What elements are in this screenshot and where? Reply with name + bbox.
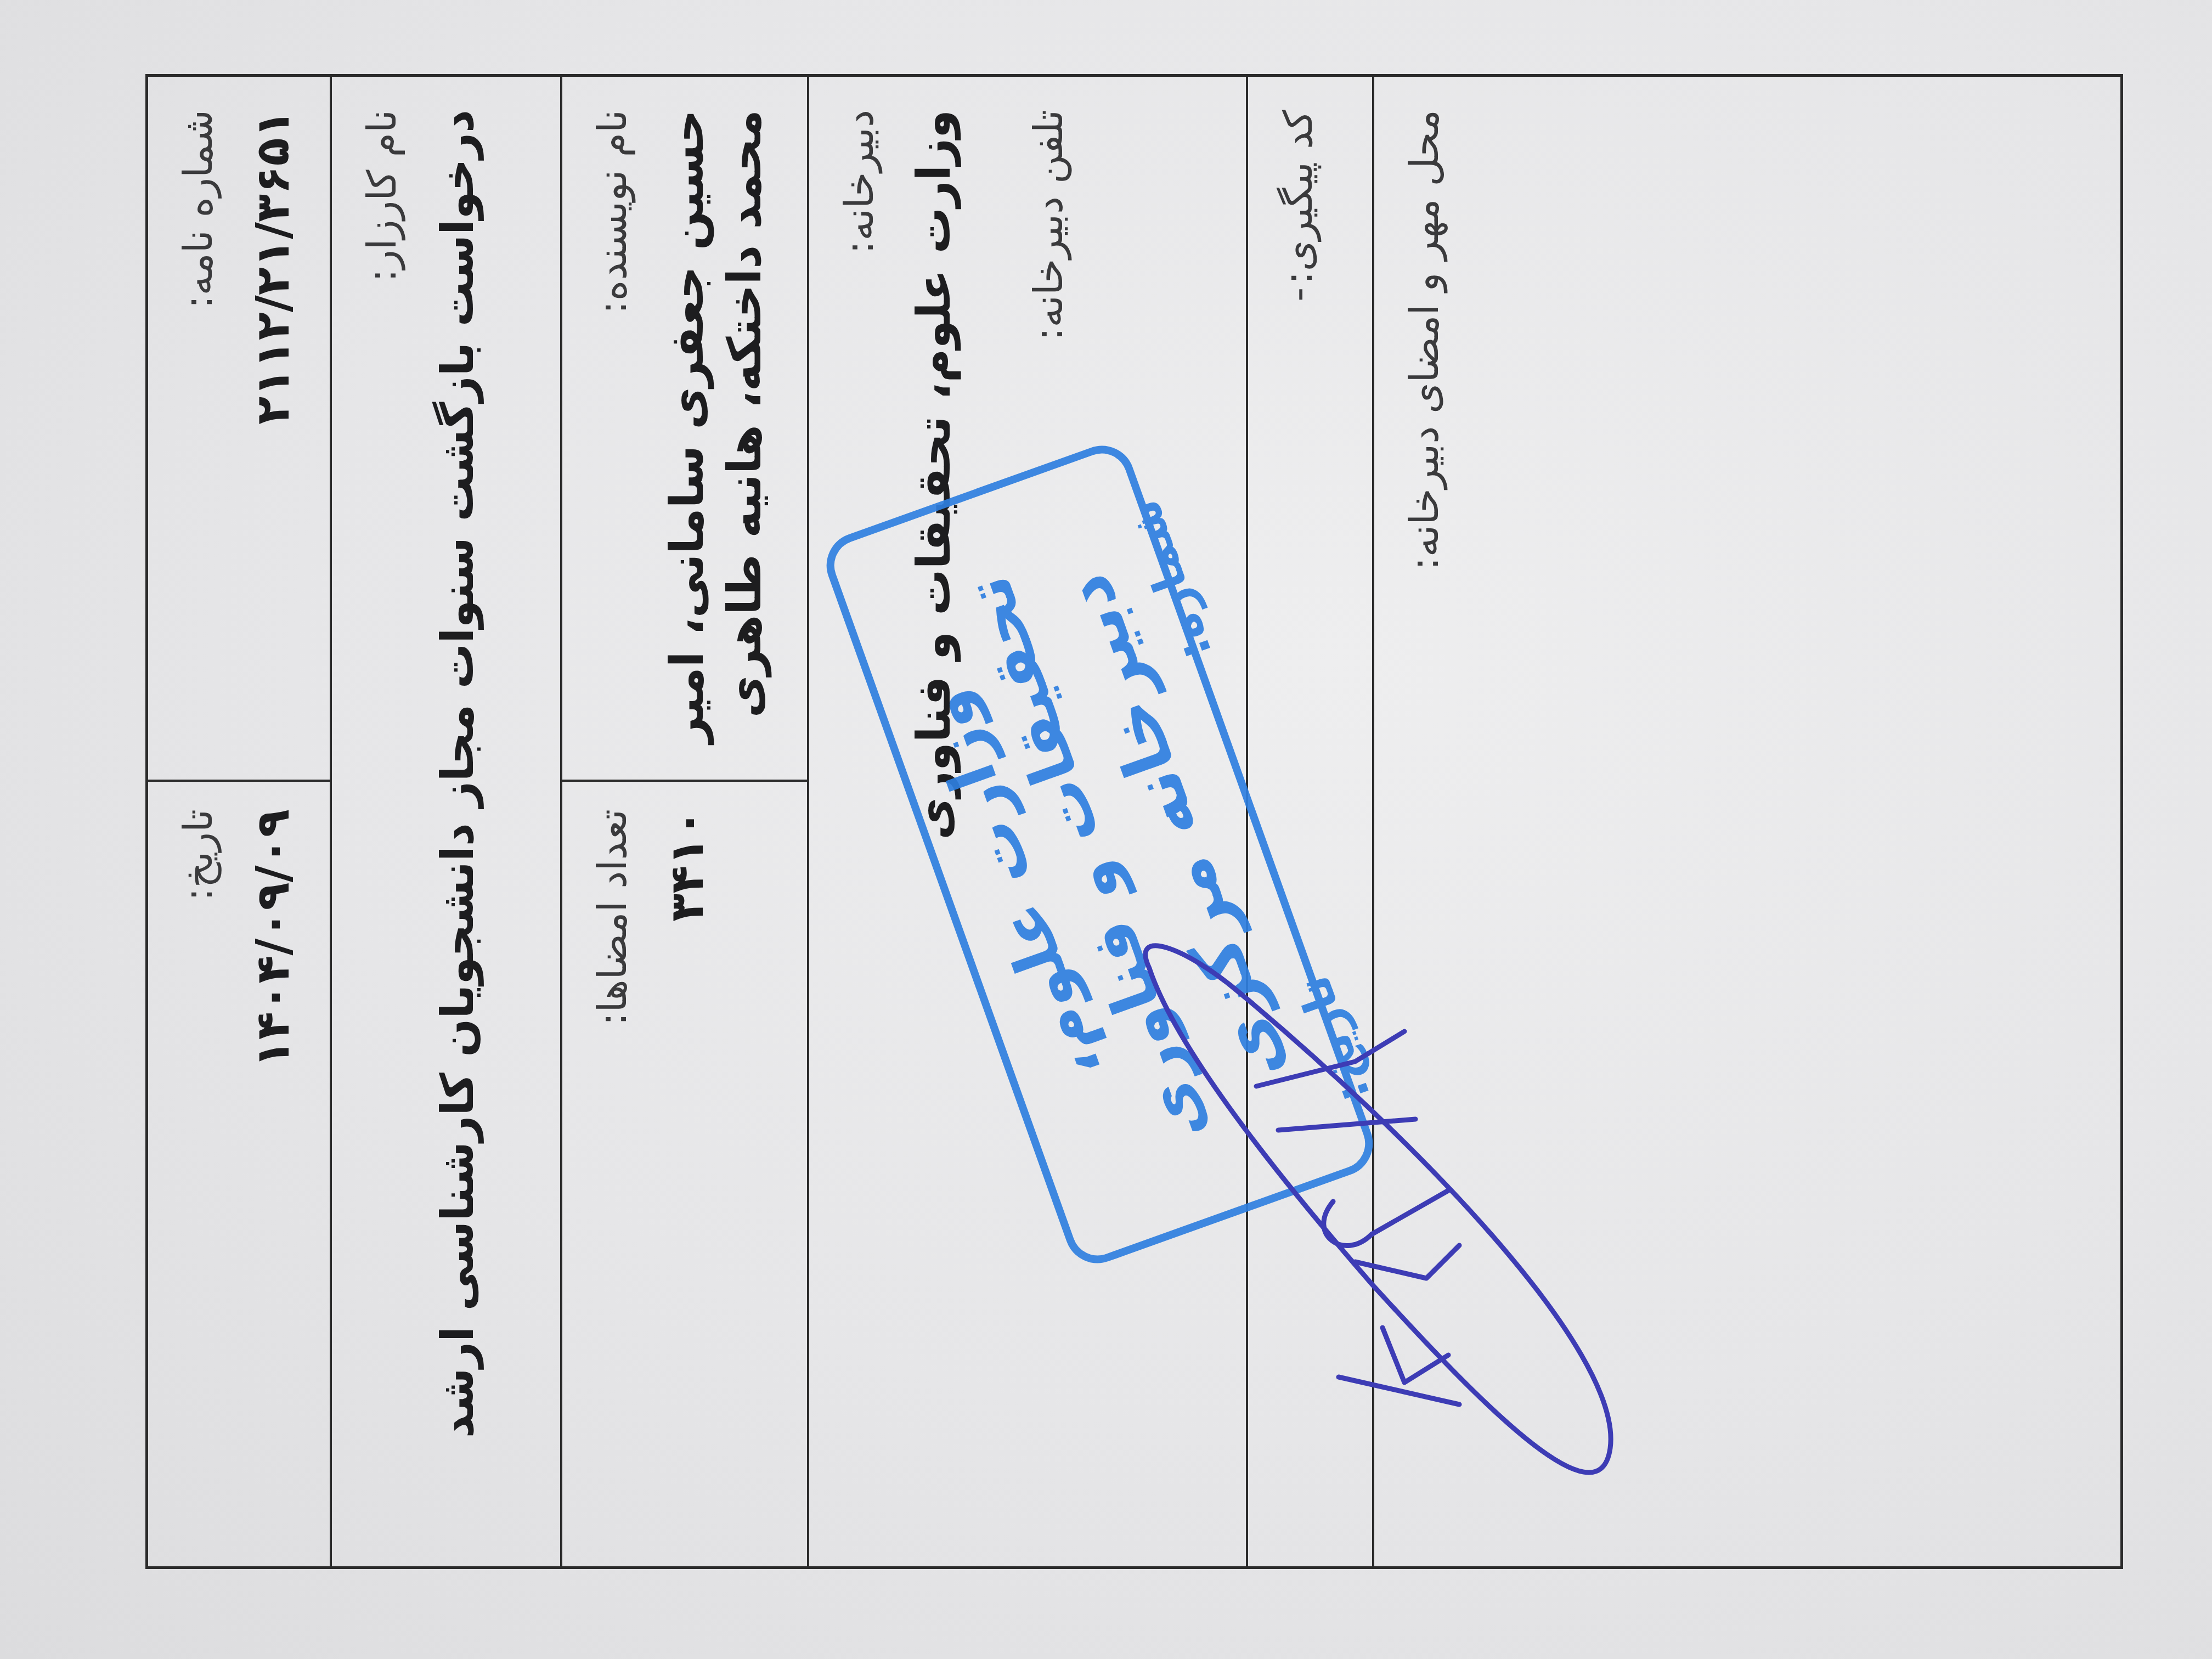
tracking-code-label: کد پیگیری: — [1275, 110, 1321, 285]
seal-cell: محل مهر و امضای دبیرخانه: — [1374, 77, 2120, 1566]
author-label: نام نویسنده: — [587, 110, 639, 747]
row-seal: محل مهر و امضای دبیرخانه: — [1374, 77, 2120, 1566]
secretariat-label: دبیرخانه: — [834, 110, 885, 1533]
subject-value: درخواست بازگشت سنوات مجاز دانشجویان کارش… — [430, 110, 487, 1533]
signature-count-value: ۳۴۱۰ — [658, 809, 716, 1533]
tracking-code-value: - — [1275, 287, 1321, 302]
subject-cell: نام کارزار: درخواست بازگشت سنوات مجاز دا… — [332, 77, 560, 1566]
signature-count-cell: تعداد امضاها: ۳۴۱۰ — [562, 776, 807, 1566]
row-author: نام نویسنده: حسین جعفری سامانی، امیر محم… — [562, 77, 809, 1566]
row-subject: نام کارزار: درخواست بازگشت سنوات مجاز دا… — [332, 77, 562, 1566]
letter-number-value: ۲۱۱۲/۲۱/۳۶۵۱ — [244, 110, 302, 747]
letter-number-cell: شماره نامه: ۲۱۱۲/۲۱/۳۶۵۱ — [148, 77, 330, 782]
row-letter-number: شماره نامه: ۲۱۱۲/۲۱/۳۶۵۱ تاریخ: ۱۴۰۴/۰۹/… — [148, 77, 332, 1566]
author-value: حسین جعفری سامانی، امیر محمد داختکه، هان… — [658, 110, 774, 747]
date-value: ۱۴۰۴/۰۹/۰۹ — [244, 809, 302, 1533]
author-cell: نام نویسنده: حسین جعفری سامانی، امیر محم… — [562, 77, 807, 782]
date-label: تاریخ: — [173, 809, 224, 1533]
subject-label: نام کارزار: — [357, 110, 408, 1533]
seal-label: محل مهر و امضای دبیرخانه: — [1399, 110, 1451, 1533]
signature-count-label: تعداد امضاها: — [587, 809, 639, 1533]
letter-number-label: شماره نامه: — [173, 110, 224, 747]
date-cell: تاریخ: ۱۴۰۴/۰۹/۰۹ — [148, 776, 330, 1566]
